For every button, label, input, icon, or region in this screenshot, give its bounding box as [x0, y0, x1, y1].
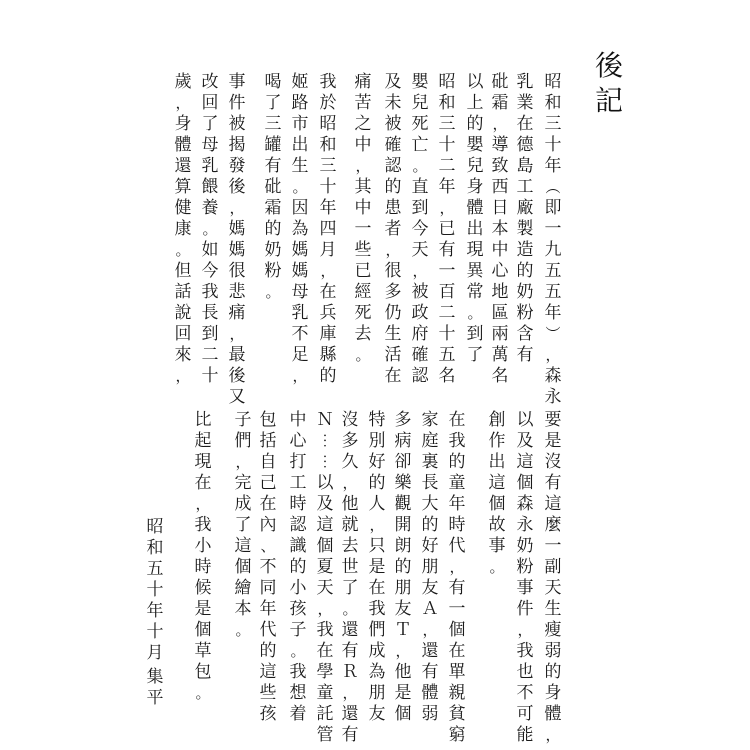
text-char: 子 [232, 410, 254, 431]
text-char: 今 [409, 219, 431, 240]
text-char: 很 [226, 261, 248, 282]
text-char: 奶 [262, 240, 284, 261]
text-char: 副 [542, 557, 564, 578]
text-char: 。 [192, 683, 214, 704]
text-char: ， [339, 473, 361, 494]
text-char: 別 [366, 431, 388, 452]
text-char: 業 [514, 93, 536, 114]
text-char: 童 [446, 473, 468, 494]
text-char: 到 [199, 324, 221, 345]
text-char: 於 [317, 93, 339, 114]
text-char: 不 [514, 683, 536, 704]
text-char: 說 [172, 303, 194, 324]
text-char: 母 [289, 282, 311, 303]
text-char: 們 [366, 620, 388, 641]
upper-column: 痛苦之中，其中一些已經死去。 [352, 72, 374, 366]
lower-column: 特別好的人，只是在我們成為朋友 [366, 410, 388, 725]
text-char: 名 [489, 366, 511, 387]
text-char: 奶 [514, 282, 536, 303]
text-char: 在 [446, 410, 468, 431]
text-char: 乳 [199, 156, 221, 177]
text-char: 回 [199, 93, 221, 114]
text-char: 多 [382, 282, 404, 303]
text-char: 生 [542, 599, 564, 620]
text-char: 起 [192, 431, 214, 452]
text-char: 個 [392, 704, 414, 725]
upper-column: 昭和三十年︵即一九五五年︶，森永 [542, 72, 564, 408]
text-char: 觀 [392, 494, 414, 515]
text-char: 是 [192, 599, 214, 620]
text-char: 罐 [262, 135, 284, 156]
text-char: 亡 [409, 135, 431, 156]
text-char: 乳 [289, 303, 311, 324]
text-char: 個 [192, 620, 214, 641]
text-char: 昭 [144, 517, 166, 538]
text-char: 去 [352, 324, 374, 345]
upper-column: 歲，身體還算健康。但話說回來， [172, 72, 194, 387]
lower-column: 子們，完成了這個繪本。 [232, 410, 254, 641]
text-char: 話 [172, 282, 194, 303]
text-char: 到 [464, 324, 486, 345]
text-char: 就 [339, 515, 361, 536]
text-char: 之 [352, 114, 374, 135]
text-char: 乳 [514, 72, 536, 93]
text-char: 個 [486, 494, 508, 515]
text-char: 一 [542, 219, 564, 240]
text-char: 經 [352, 282, 374, 303]
text-char: 為 [289, 219, 311, 240]
text-char: 這 [514, 452, 536, 473]
text-char: 有 [436, 240, 458, 261]
text-char: 砒 [489, 72, 511, 93]
text-char: 永 [514, 515, 536, 536]
text-char: 還 [172, 156, 194, 177]
text-char: 草 [192, 641, 214, 662]
text-char: 以 [314, 473, 336, 494]
text-char: 月 [144, 643, 166, 664]
text-char: 。 [262, 282, 284, 303]
text-char: 常 [464, 282, 486, 303]
text-char: 的 [542, 662, 564, 683]
text-char: 回 [172, 324, 194, 345]
text-char: 小 [192, 536, 214, 557]
text-char: ， [392, 641, 414, 662]
lower-column: 比起現在，我小時候是個草包。 [192, 410, 214, 704]
lower-column: 多病卻樂觀開朗的朋友Ｔ，他是個 [392, 410, 414, 725]
text-char: 卻 [392, 452, 414, 473]
text-char: 認 [409, 366, 431, 387]
text-char: 們 [232, 431, 254, 452]
text-char: 十 [436, 324, 458, 345]
text-char: 件 [226, 93, 248, 114]
text-char: 兩 [489, 324, 511, 345]
text-char: 這 [314, 515, 336, 536]
text-char: 九 [542, 240, 564, 261]
text-char: 未 [382, 93, 404, 114]
text-char: 也 [514, 662, 536, 683]
text-char: 比 [192, 410, 214, 431]
text-char: 永 [542, 387, 564, 408]
text-char: 健 [172, 198, 194, 219]
text-char: 中 [352, 135, 374, 156]
text-char: 朋 [392, 578, 414, 599]
text-char: ︵ [542, 177, 564, 198]
text-char: 百 [436, 282, 458, 303]
text-char: 完 [232, 473, 254, 494]
text-char: 三 [262, 114, 284, 135]
text-char: 砒 [262, 177, 284, 198]
text-char: 現 [464, 240, 486, 261]
text-char: 在 [257, 494, 279, 515]
text-char: 算 [172, 177, 194, 198]
text-char: 了 [339, 578, 361, 599]
text-char: 他 [339, 494, 361, 515]
text-char: 但 [172, 261, 194, 282]
text-char: 弱 [542, 641, 564, 662]
text-char: 霜 [262, 198, 284, 219]
text-char: 森 [514, 494, 536, 515]
text-char: 親 [446, 683, 468, 704]
text-char: 市 [289, 114, 311, 135]
text-char: 確 [382, 135, 404, 156]
text-char: ， [289, 366, 311, 387]
text-char: 。 [352, 345, 374, 366]
text-char: 十 [144, 580, 166, 601]
text-char: 我 [446, 431, 468, 452]
text-char: 包 [192, 662, 214, 683]
text-char: 只 [366, 536, 388, 557]
text-char: 不 [289, 324, 311, 345]
text-char: 內 [257, 515, 279, 536]
text-char: 我 [366, 599, 388, 620]
text-char: 我 [514, 641, 536, 662]
text-char: 有 [446, 578, 468, 599]
text-char: 及 [514, 431, 536, 452]
text-char: 有 [262, 156, 284, 177]
text-char: 兒 [464, 156, 486, 177]
text-char: 現 [192, 452, 214, 473]
text-char: 友 [366, 704, 388, 725]
text-char: 作 [486, 431, 508, 452]
text-char: 時 [192, 557, 214, 578]
text-char: 工 [287, 473, 309, 494]
text-char: 和 [144, 538, 166, 559]
text-char: 的 [419, 515, 441, 536]
text-char: 着 [287, 704, 309, 725]
text-char: 兵 [317, 303, 339, 324]
text-char: 年 [542, 156, 564, 177]
text-char: 朋 [366, 683, 388, 704]
text-char: 三 [542, 114, 564, 135]
text-char: 一 [436, 261, 458, 282]
text-char: 貧 [446, 704, 468, 725]
text-char: 夏 [314, 557, 336, 578]
text-char: 到 [409, 198, 431, 219]
text-char: 有 [419, 662, 441, 683]
text-char: 打 [287, 452, 309, 473]
text-char: 體 [172, 135, 194, 156]
afterword-page: 後記 昭和三十年︵即一九五五年︶，森永乳業在德島工廠製造的奶粉含有砒霜，導致西日… [0, 0, 750, 750]
text-char: 有 [514, 345, 536, 366]
text-char: 能 [514, 725, 536, 746]
text-char: ， [172, 366, 194, 387]
text-char: 長 [419, 473, 441, 494]
text-char: 母 [199, 135, 221, 156]
lower-column: 包括自己在內、不同年代的這些孩 [257, 410, 279, 725]
text-char: 昭 [542, 72, 564, 93]
text-char: 我 [192, 515, 214, 536]
text-char: 地 [489, 282, 511, 303]
lower-column: 在我的童年時代，有一個在單親貧窮 [446, 410, 468, 746]
text-char: 年 [257, 599, 279, 620]
text-char: 來 [172, 345, 194, 366]
text-char: 的 [464, 114, 486, 135]
text-char: 媽 [289, 261, 311, 282]
text-char: 上 [464, 93, 486, 114]
text-char: 開 [392, 515, 414, 536]
text-char: 託 [314, 704, 336, 725]
text-char: 體 [464, 198, 486, 219]
text-char: 特 [366, 410, 388, 431]
text-char: 瘦 [542, 620, 564, 641]
text-char: 後 [226, 177, 248, 198]
text-char: 故 [486, 515, 508, 536]
text-char: 世 [339, 557, 361, 578]
text-char: 死 [409, 114, 431, 135]
text-char: 時 [446, 515, 468, 536]
text-char: 沒 [542, 452, 564, 473]
text-char: 工 [514, 177, 536, 198]
page-title: 後記 [592, 48, 626, 118]
text-char: 的 [317, 366, 339, 387]
lower-column: Ｎ︙︙以及這個夏天，我在學童託管 [314, 410, 336, 746]
text-char: 天 [314, 578, 336, 599]
text-char: 這 [232, 536, 254, 557]
text-char: 體 [542, 704, 564, 725]
text-char: 仍 [382, 303, 404, 324]
text-char: 區 [489, 303, 511, 324]
text-char: ， [436, 198, 458, 219]
text-char: 二 [436, 156, 458, 177]
text-char: 最 [226, 345, 248, 366]
text-char: 的 [262, 219, 284, 240]
text-char: ︶ [542, 324, 564, 345]
text-char: 一 [542, 536, 564, 557]
text-char: 和 [542, 93, 564, 114]
text-char: 的 [446, 452, 468, 473]
text-char: 在 [314, 641, 336, 662]
text-char: 友 [392, 599, 414, 620]
text-char: 了 [232, 515, 254, 536]
text-char: 媽 [226, 240, 248, 261]
text-char: ， [317, 261, 339, 282]
text-char: 去 [339, 536, 361, 557]
upper-column: 砒霜，導致西日本中心地區兩萬名 [489, 72, 511, 387]
text-char: ， [446, 557, 468, 578]
text-char: 已 [436, 219, 458, 240]
text-char: 三 [436, 114, 458, 135]
text-char: 二 [436, 303, 458, 324]
text-char: 痛 [352, 72, 374, 93]
text-char: 十 [317, 177, 339, 198]
text-char: 同 [257, 578, 279, 599]
signature-date: 昭和五十年十月 [144, 517, 166, 664]
text-char: 喝 [262, 72, 284, 93]
text-char: 姬 [289, 72, 311, 93]
text-char: 身 [464, 177, 486, 198]
text-char: 代 [446, 536, 468, 557]
text-char: 政 [409, 303, 431, 324]
text-char: 在 [366, 578, 388, 599]
text-char: 我 [199, 282, 221, 303]
text-char: 德 [514, 135, 536, 156]
text-char: 是 [542, 431, 564, 452]
text-char: 的 [392, 557, 414, 578]
text-char: 中 [287, 410, 309, 431]
text-char: 些 [352, 240, 374, 261]
text-char: 身 [542, 683, 564, 704]
text-char: 活 [382, 345, 404, 366]
text-char: 異 [464, 261, 486, 282]
text-char: 是 [366, 557, 388, 578]
text-char: 及 [314, 494, 336, 515]
lower-column: 以及這個森永奶粉事件，我也不可能 [514, 410, 536, 746]
text-char: 好 [419, 536, 441, 557]
text-char: 兒 [409, 93, 431, 114]
text-char: ， [489, 114, 511, 135]
text-char: 括 [257, 431, 279, 452]
text-char: 認 [382, 156, 404, 177]
text-char: 個 [514, 473, 536, 494]
text-char: 友 [419, 578, 441, 599]
text-char: 改 [199, 72, 221, 93]
text-char: 庫 [317, 324, 339, 345]
text-char: 又 [226, 387, 248, 408]
text-char: 有 [339, 641, 361, 662]
text-char: 。 [289, 177, 311, 198]
text-char: 四 [317, 219, 339, 240]
text-char: 子 [287, 620, 309, 641]
text-char: ， [409, 261, 431, 282]
text-char: 個 [314, 536, 336, 557]
text-char: 發 [226, 156, 248, 177]
text-char: 不 [257, 557, 279, 578]
text-char: 了 [199, 114, 221, 135]
text-char: 自 [257, 452, 279, 473]
text-char: ， [542, 725, 564, 746]
text-char: 及 [382, 72, 404, 93]
text-char: 學 [314, 662, 336, 683]
text-char: 孩 [257, 704, 279, 725]
text-char: 可 [514, 704, 536, 725]
text-char: 府 [409, 324, 431, 345]
text-char: 三 [317, 156, 339, 177]
text-char: 生 [289, 156, 311, 177]
text-char: 中 [489, 240, 511, 261]
text-char: 製 [514, 219, 536, 240]
text-char: 這 [542, 494, 564, 515]
text-char: 想 [287, 683, 309, 704]
text-char: 代 [257, 620, 279, 641]
text-char: 這 [257, 662, 279, 683]
text-char: ， [514, 620, 536, 641]
text-char: 的 [514, 261, 536, 282]
lower-column: 創作出這個故事。 [486, 410, 508, 578]
text-char: 要 [542, 410, 564, 431]
text-char: 月 [317, 240, 339, 261]
text-char: 件 [514, 599, 536, 620]
text-char: 養 [199, 198, 221, 219]
text-char: 身 [172, 114, 194, 135]
text-char: 揭 [226, 135, 248, 156]
text-char: 即 [542, 198, 564, 219]
text-char: 和 [317, 135, 339, 156]
lower-column: 沒多久，他就去世了。還有Ｒ，還有 [339, 410, 361, 746]
upper-column: 昭和三十二年，已有一百二十五名 [436, 72, 458, 387]
text-char: 事 [486, 536, 508, 557]
text-char: 導 [489, 135, 511, 156]
text-char: 五 [542, 261, 564, 282]
text-char: 平 [144, 688, 166, 709]
text-char: 確 [409, 345, 431, 366]
text-char: ︙ [314, 452, 336, 473]
text-char: 有 [542, 473, 564, 494]
title-char: 後 [595, 48, 623, 83]
text-char: 日 [489, 198, 511, 219]
text-char: 久 [339, 452, 361, 473]
text-char: 悲 [226, 282, 248, 303]
text-char: 了 [464, 345, 486, 366]
text-char: 還 [419, 641, 441, 662]
text-char: 在 [382, 366, 404, 387]
text-char: ， [226, 198, 248, 219]
text-char: ， [419, 620, 441, 641]
text-char: 後 [226, 366, 248, 387]
text-char: 包 [257, 410, 279, 431]
text-char: 的 [287, 557, 309, 578]
upper-column: 喝了三罐有砒霜的奶粉。 [262, 72, 284, 303]
text-char: 霜 [489, 93, 511, 114]
text-char: 本 [232, 599, 254, 620]
text-char: 大 [419, 494, 441, 515]
text-char: 病 [392, 431, 414, 452]
text-char: 粉 [514, 557, 536, 578]
text-char: 粉 [514, 303, 536, 324]
text-char: 出 [486, 452, 508, 473]
text-char: 。 [486, 557, 508, 578]
text-char: 庭 [419, 431, 441, 452]
text-char: 心 [489, 261, 511, 282]
text-char: 好 [366, 452, 388, 473]
text-char: 在 [514, 114, 536, 135]
text-char: 年 [446, 494, 468, 515]
text-char: 以 [464, 72, 486, 93]
text-char: 奶 [514, 536, 536, 557]
text-char: 沒 [339, 410, 361, 431]
text-char: 個 [446, 620, 468, 641]
text-char: 一 [352, 219, 374, 240]
text-char: 很 [382, 261, 404, 282]
text-char: 候 [192, 578, 214, 599]
text-char: 窮 [446, 725, 468, 746]
text-char: 五 [144, 559, 166, 580]
text-char: 的 [382, 177, 404, 198]
text-char: 昭 [317, 114, 339, 135]
text-char: 十 [144, 622, 166, 643]
text-char: 被 [409, 282, 431, 303]
text-char: 被 [226, 114, 248, 135]
text-char: 。 [464, 303, 486, 324]
